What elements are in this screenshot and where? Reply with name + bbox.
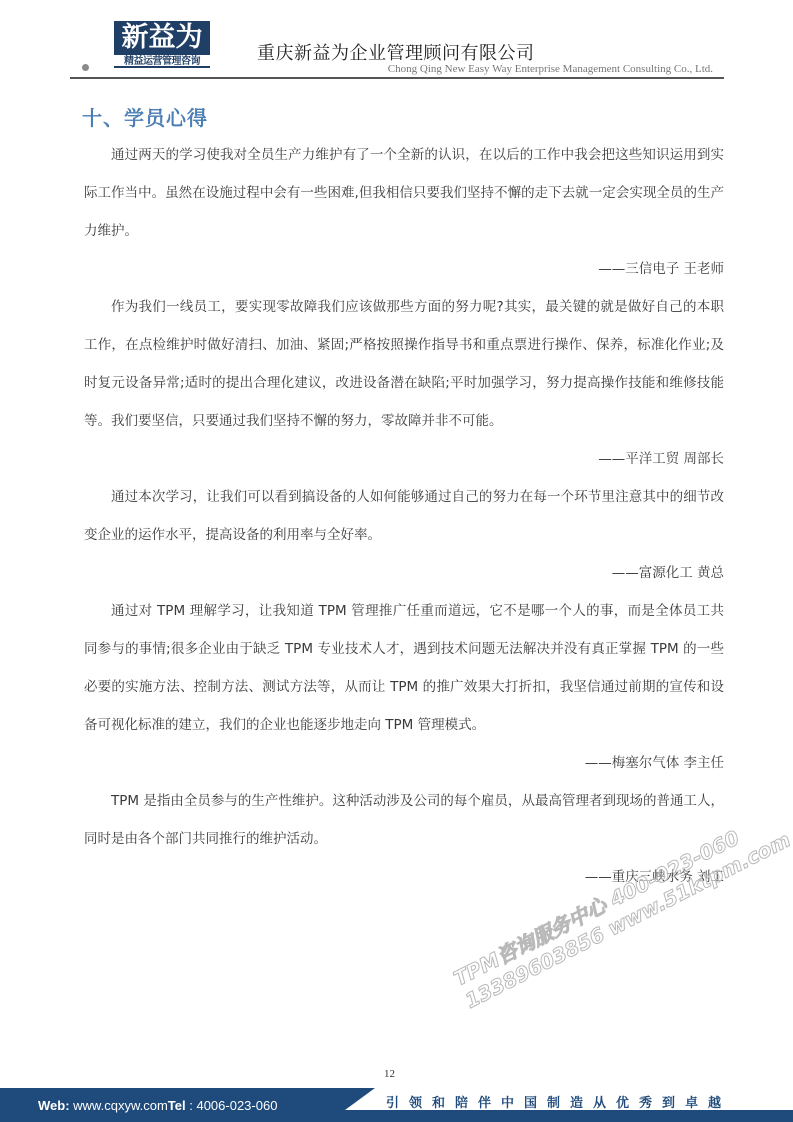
section-title: 十、学员心得 <box>82 100 724 136</box>
logo-sub-text: 精益运营管理咨询 <box>114 55 210 68</box>
web-link[interactable]: www.cqxyw.com <box>70 1098 168 1113</box>
testimonial-text: 通过本次学习，让我们可以看到搞设备的人如何能够通过自己的努力在每一个环节里注意其… <box>84 478 724 554</box>
testimonial: 通过两天的学习使我对全员生产力维护有了一个全新的认识，在以后的工作中我会把这些知… <box>70 136 724 288</box>
footer-slogan: 引领和陪伴中国制造从优秀到卓越 <box>386 1092 731 1111</box>
testimonial-signature: ——重庆三峡水务 刘工 <box>70 858 724 896</box>
company-name-cn: 重庆新益为企业管理顾问有限公司 <box>257 39 535 65</box>
testimonial-text: 通过对 TPM 理解学习，让我知道 TPM 管理推广任重而道远，它不是哪一个人的… <box>84 592 724 744</box>
tel-label: Tel <box>168 1098 186 1113</box>
testimonial: TPM 是指由全员参与的生产性维护。这种活动涉及公司的每个雇员，从最高管理者到现… <box>70 782 724 896</box>
testimonial-text: 作为我们一线员工，要实现零故障我们应该做那些方面的努力呢?其实，最关键的就是做好… <box>84 288 724 440</box>
testimonial: 作为我们一线员工，要实现零故障我们应该做那些方面的努力呢?其实，最关键的就是做好… <box>70 288 724 478</box>
page-content: 十、学员心得 通过两天的学习使我对全员生产力维护有了一个全新的认识，在以后的工作… <box>70 100 724 896</box>
testimonial-signature: ——梅塞尔气体 李主任 <box>70 744 724 782</box>
web-label: Web: <box>38 1098 70 1113</box>
testimonial: 通过对 TPM 理解学习，让我知道 TPM 管理推广任重而道远，它不是哪一个人的… <box>70 592 724 782</box>
company-logo: 新益为 精益运营管理咨询 <box>114 21 210 70</box>
testimonial-signature: ——三信电子 王老师 <box>70 250 724 288</box>
logo-main-text: 新益为 <box>114 21 210 55</box>
testimonial-signature: ——平洋工贸 周部长 <box>70 440 724 478</box>
testimonial-signature: ——富源化工 黄总 <box>70 554 724 592</box>
testimonial-text: TPM 是指由全员参与的生产性维护。这种活动涉及公司的每个雇员，从最高管理者到现… <box>84 782 724 858</box>
company-name-en: Chong Qing New Easy Way Enterprise Manag… <box>388 63 713 75</box>
tel-value: : 4006-023-060 <box>186 1098 278 1113</box>
testimonial-text: 通过两天的学习使我对全员生产力维护有了一个全新的认识，在以后的工作中我会把这些知… <box>84 136 724 250</box>
footer-diagonal-shape <box>345 1088 375 1110</box>
testimonial: 通过本次学习，让我们可以看到搞设备的人如何能够通过自己的努力在每一个环节里注意其… <box>70 478 724 592</box>
header-divider <box>70 77 724 79</box>
page-header: 新益为 精益运营管理咨询 重庆新益为企业管理顾问有限公司 Chong Qing … <box>0 0 793 80</box>
page-number: 12 <box>384 1068 395 1080</box>
bullet-dot-icon <box>82 64 89 71</box>
footer-contact: Web: www.cqxyw.comTel : 4006-023-060 <box>38 1098 277 1113</box>
